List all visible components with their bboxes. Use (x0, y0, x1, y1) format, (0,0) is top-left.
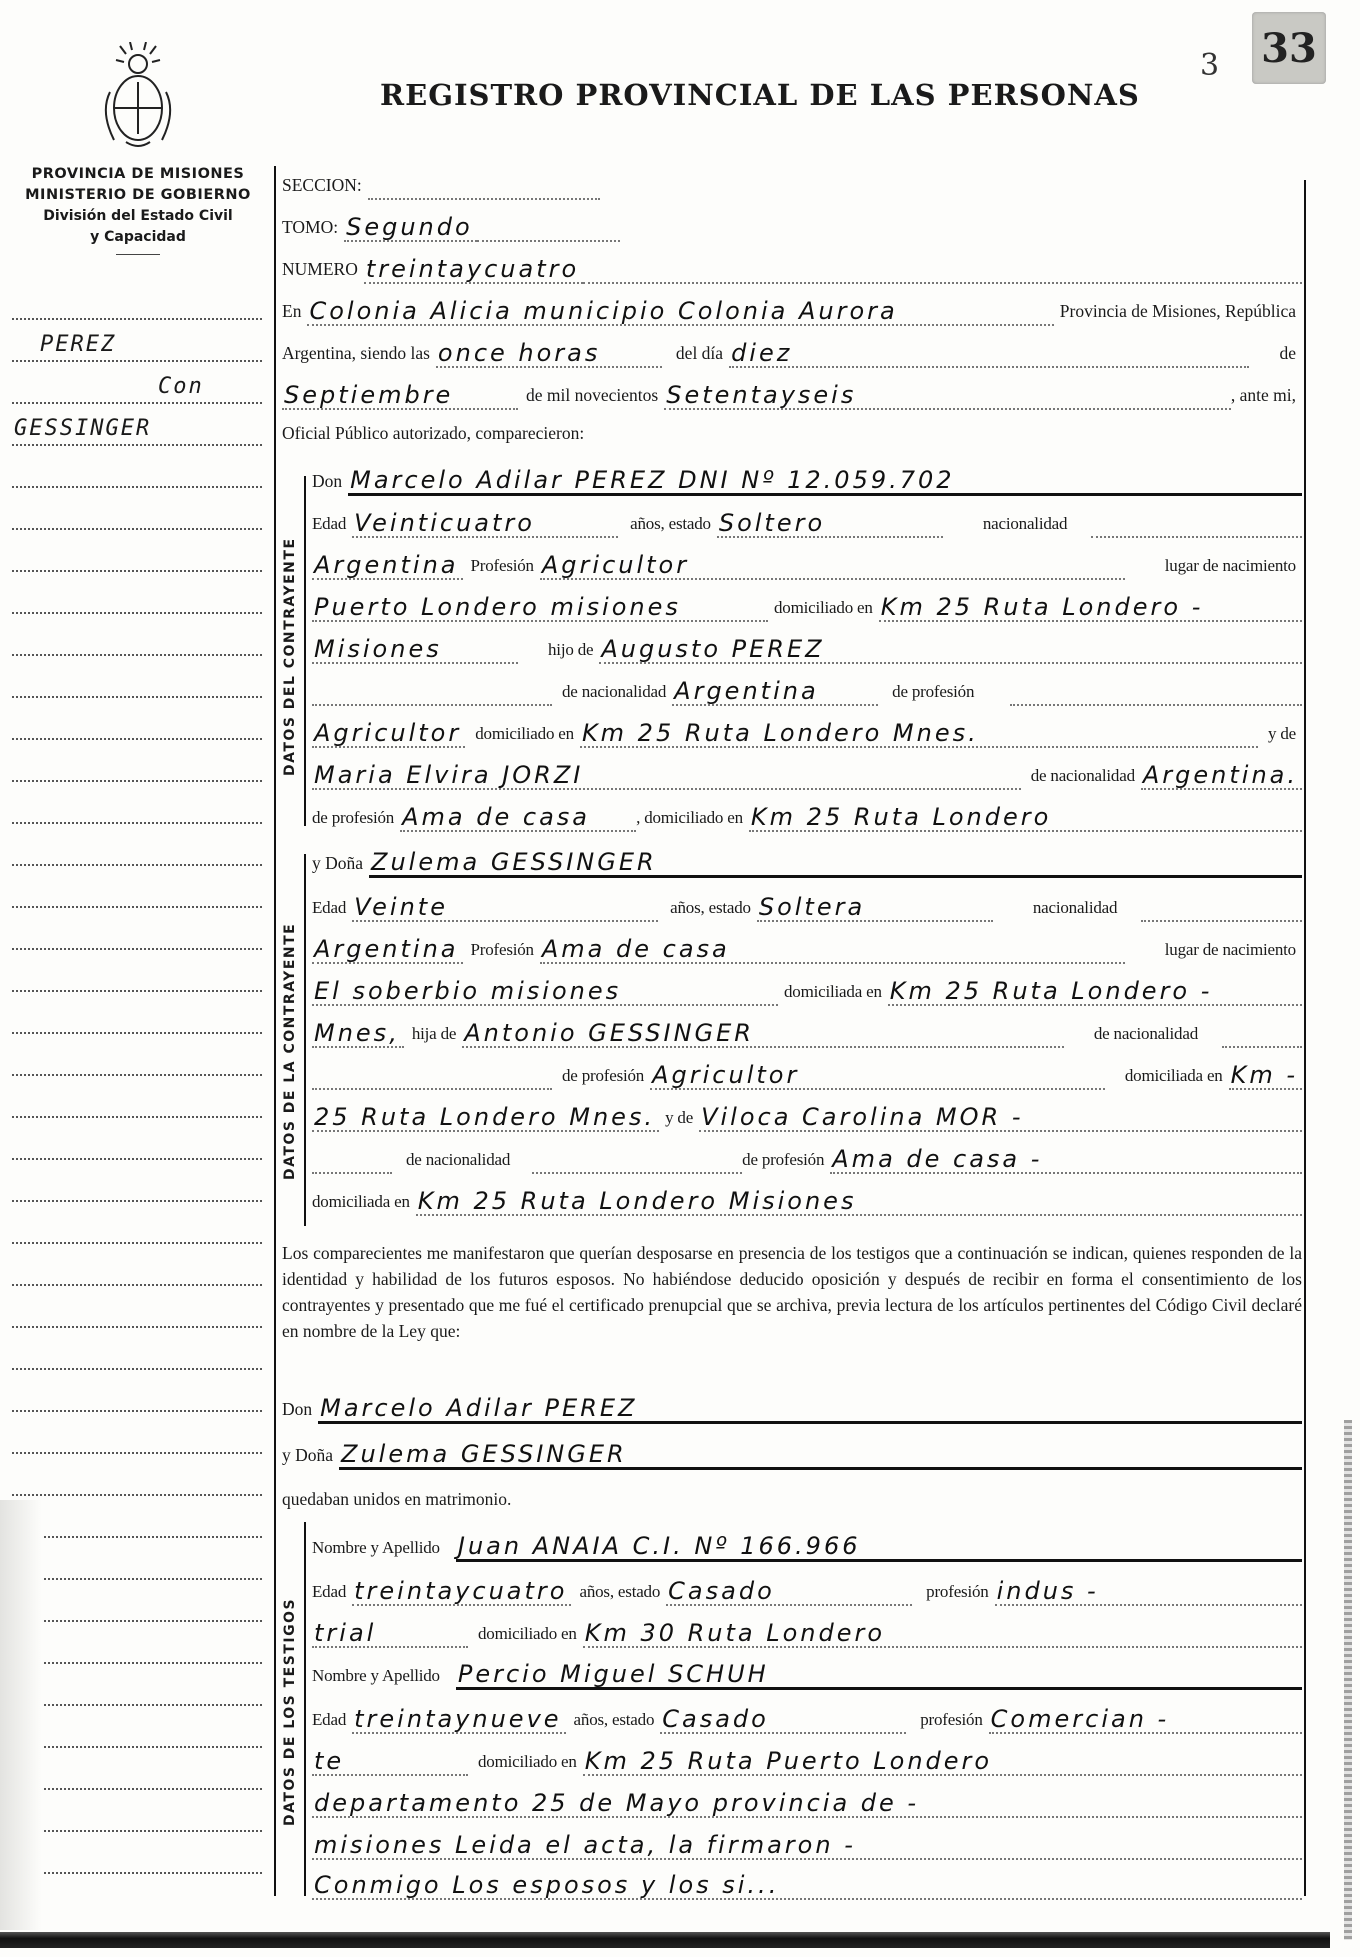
profesion-label: Profesión (463, 940, 540, 964)
testigo-1-profesion-field[interactable]: indus - (995, 1578, 1302, 1606)
notes-line-1[interactable]: departamento 25 de Mayo provincia de - (312, 1790, 1302, 1818)
margin-line (12, 1872, 262, 1874)
seccion-row: SECCION: (282, 166, 600, 200)
dotted-fill (312, 1172, 392, 1174)
margin-line (12, 864, 262, 866)
margin-line (12, 990, 262, 992)
y-de-label: y de (1258, 724, 1302, 748)
testigo-2-domicilio-row: te domiciliado en Km 25 Ruta Puerto Lond… (312, 1742, 1302, 1776)
margin-line (12, 948, 262, 950)
contrayenta-nombre-field[interactable]: Zulema GESSINGER (369, 849, 1302, 878)
dotted-fill (1091, 536, 1302, 538)
de-nacionalidad-label: de nacionalidad (552, 682, 672, 706)
don-label: Don (282, 1399, 318, 1424)
dotted-fill (1010, 704, 1302, 706)
margin-line (12, 1200, 262, 1202)
hijo-de-label: hijo de (518, 640, 599, 664)
margin-line (12, 906, 262, 908)
numero-field[interactable]: treintaycuatro (364, 256, 583, 284)
notes-row-1: departamento 25 de Mayo provincia de - (312, 1784, 1302, 1818)
closing-row: quedaban unidos en matrimonio. (282, 1480, 1302, 1514)
contrayente-madre-field[interactable]: Maria Elvira JORZI (312, 762, 1021, 790)
contrayente-edad-row: Edad Veinticuatro años, estado Soltero n… (312, 504, 1302, 538)
contrayenta-edad-field[interactable]: Veinte (352, 894, 658, 922)
contrayente-domicilio-field[interactable]: Km 25 Ruta Londero - (879, 594, 1302, 622)
testigo-2-nombre-row: Nombre y Apellido Percio Miguel SCHUH (312, 1656, 1302, 1690)
testigo-1-edad-field[interactable]: treintaycuatro (352, 1578, 571, 1606)
contrayente-madre-profesion-field[interactable]: Ama de casa (400, 804, 636, 832)
y-de-label: y de (659, 1108, 699, 1132)
margin-line (12, 1242, 262, 1244)
esposa-row: y Doña Zulema GESSINGER (282, 1436, 1302, 1470)
testigos-bracket (304, 1522, 306, 1896)
contrayenta-madre-profesion-field[interactable]: Ama de casa - (830, 1146, 1302, 1174)
contrayente-padre-nac-row: de nacionalidad Argentina de profesión (312, 672, 1302, 706)
profesion-label: profesión (906, 1710, 988, 1734)
contrayenta-madre-field[interactable]: Viloca Carolina MOR - (699, 1104, 1302, 1132)
de-profesion-label: de profesión (552, 1066, 650, 1090)
margin-line (12, 570, 262, 572)
margin-line (12, 1326, 262, 1328)
contrayente-bracket (304, 476, 306, 826)
testigo-1-edad-row: Edad treintaycuatro años, estado Casado … (312, 1572, 1302, 1606)
domiciliada-label: domiciliada en (1105, 1066, 1229, 1090)
profesion-label: profesión (912, 1582, 994, 1606)
declaration-text: Los comparecientes me manifestaron que q… (282, 1240, 1302, 1344)
contrayente-madre-domicilio-field[interactable]: Km 25 Ruta Londero (749, 804, 1302, 832)
issuer-division-cont: y Capacidad (14, 227, 262, 248)
tomo-row: TOMO: Segundo (282, 208, 620, 242)
domiciliado-label: , domiciliado en (636, 808, 749, 832)
testigo-2-profesion-field[interactable]: Comercian - (989, 1706, 1302, 1734)
contrayenta-padre-domicilio-cont-field[interactable]: 25 Ruta Londero Mnes. (312, 1104, 659, 1132)
margin-line (12, 486, 262, 488)
contrayenta-nombre-row: y Doña Zulema GESSINGER (312, 844, 1302, 878)
contrayente-nacimiento-row: Puerto Londero misiones domiciliado en K… (312, 588, 1302, 622)
margin-line (12, 1158, 262, 1160)
esposa-field[interactable]: Zulema GESSINGER (339, 1441, 1302, 1470)
contrayente-edad-field[interactable]: Veinticuatro (352, 510, 618, 538)
contrayenta-madre-prof-row: de nacionalidad de profesión Ama de casa… (312, 1140, 1302, 1174)
numero-label: NUMERO (282, 259, 364, 284)
contrayente-profesion-row: Argentina Profesión Agricultor lugar de … (312, 546, 1302, 580)
edad-label: Edad (312, 1582, 352, 1606)
testigo-1-profesion-cont-field[interactable]: trial (312, 1620, 468, 1648)
testigo-2-profesion-cont-field[interactable]: te (312, 1748, 468, 1776)
de-nacionalidad-label: de nacionalidad (392, 1150, 516, 1174)
margin-line (12, 654, 262, 656)
oficial-text: Oficial Público autorizado, compareciero… (282, 423, 590, 448)
frame-left-line (274, 166, 276, 1896)
contrayenta-profesion-row: Argentina Profesión Ama de casa lugar de… (312, 930, 1302, 964)
contrayente-domicilio-cont-field[interactable]: Misiones (312, 636, 518, 664)
margin-line (12, 1704, 262, 1706)
margin-line (12, 1410, 262, 1412)
profesion-label: Profesión (463, 556, 540, 580)
margin-line (12, 780, 262, 782)
domiciliada-label: domiciliada en (312, 1192, 416, 1216)
contrayenta-profesion-field[interactable]: Ama de casa (540, 936, 1125, 964)
testigo-2-domicilio-field[interactable]: Km 25 Ruta Puerto Londero (583, 1748, 1302, 1776)
margin-line (12, 1494, 262, 1496)
dotted-fill (1141, 920, 1302, 922)
estado-label: años, estado (618, 514, 717, 538)
anio-field[interactable]: Setentayseis (664, 382, 1231, 410)
dotted-fill (312, 704, 552, 706)
margin-line (12, 1032, 262, 1034)
numero-row: NUMERO treintaycuatro (282, 250, 1302, 284)
contrayente-madre-row: Maria Elvira JORZI de nacionalidad Argen… (312, 756, 1302, 790)
contrayente-nacionalidad-field[interactable]: Argentina (312, 552, 463, 580)
margin-surname-1: PEREZ (40, 332, 116, 357)
estado-label: años, estado (566, 1710, 661, 1734)
domiciliado-label: domiciliado en (465, 724, 580, 748)
domiciliado-label: domiciliado en (768, 598, 879, 622)
de-nacionalidad-label: de nacionalidad (1064, 1024, 1204, 1048)
tomo-field[interactable]: Segundo (344, 214, 477, 242)
contrayenta-domicilio-cont-field[interactable]: Mnes, (312, 1020, 404, 1048)
contrayenta-madre-dom-row: domiciliada en Km 25 Ruta Londero Mision… (312, 1182, 1302, 1216)
contrayenta-madre-domicilio-field[interactable]: Km 25 Ruta Londero Misiones (416, 1188, 1302, 1216)
contrayenta-nacimiento-row: El soberbio misiones domiciliada en Km 2… (312, 972, 1302, 1006)
argentine-coat-of-arms-icon (96, 42, 180, 154)
dia-field[interactable]: diez (729, 340, 1249, 368)
testigo-2-estado-field[interactable]: Casado (660, 1706, 906, 1734)
edad-label: Edad (312, 898, 352, 922)
hora-row: Argentina, siendo las once horas del día… (282, 334, 1302, 368)
contrayenta-padre-nacionalidad-field[interactable] (1222, 1046, 1302, 1048)
provincia-text: Provincia de Misiones, República (1054, 301, 1302, 326)
margin-line (12, 822, 262, 824)
en-label: En (282, 301, 307, 326)
lugar-nacimiento-label: lugar de nacimiento (1125, 556, 1302, 580)
scan-shadow (0, 1500, 42, 1930)
testigo-1-nombre-row: Nombre y Apellido Juan ANAIA C.I. Nº 166… (312, 1528, 1302, 1562)
esposo-field[interactable]: Marcelo Adilar PEREZ (318, 1395, 1302, 1424)
contrayente-padre-row: Misiones hijo de Augusto PEREZ (312, 630, 1302, 664)
esposo-row: Don Marcelo Adilar PEREZ (282, 1390, 1302, 1424)
domiciliado-label: domiciliado en (468, 1624, 583, 1648)
de-nacionalidad-label: de nacionalidad (1021, 766, 1141, 790)
testigo-1-estado-field[interactable]: Casado (666, 1578, 912, 1606)
issuer-block: PROVINCIA DE MISIONES MINISTERIO DE GOBI… (14, 164, 262, 255)
testigo-2-edad-field[interactable]: treintaynueve (352, 1706, 565, 1734)
contrayenta-madre-row: 25 Ruta Londero Mnes. y de Viloca Caroli… (312, 1098, 1302, 1132)
dona-label: y Doña (282, 1445, 339, 1470)
dona-label: y Doña (312, 853, 369, 878)
margin-line (12, 1788, 262, 1790)
testigo-1-domicilio-row: trial domiciliado en Km 30 Ruta Londero (312, 1614, 1302, 1648)
contrayente-profesion-field[interactable]: Agricultor (540, 552, 1125, 580)
contrayente-estado-field[interactable]: Soltero (717, 510, 943, 538)
contrayenta-lugar-nacimiento-field[interactable]: El soberbio misiones (312, 978, 778, 1006)
contrayente-madre-nacionalidad-field[interactable]: Argentina. (1141, 762, 1302, 790)
contrayente-padre-nacionalidad-field[interactable]: Argentina (672, 678, 878, 706)
testigo-1-domicilio-field[interactable]: Km 30 Ruta Londero (583, 1620, 1302, 1648)
contrayenta-padre-domicilio-field[interactable]: Km - (1229, 1062, 1302, 1090)
contrayenta-padre-prof-row: de profesión Agricultor domiciliada en K… (312, 1056, 1302, 1090)
issuer-ministry: MINISTERIO DE GOBIERNO (14, 185, 262, 206)
margin-line (12, 1578, 262, 1580)
contrayente-padre-field[interactable]: Augusto PEREZ (599, 636, 1302, 664)
margin-line (12, 444, 262, 446)
margin-line (12, 1452, 262, 1454)
anio-label: de mil novecientos (518, 385, 664, 410)
seccion-label: SECCION: (282, 175, 368, 200)
contrayente-lugar-nacimiento-field[interactable]: Puerto Londero misiones (312, 594, 768, 622)
page-number-stamp: 33 (1252, 12, 1326, 84)
tomo-label: TOMO: (282, 217, 344, 242)
page-bottom-edge (0, 1932, 1330, 1948)
fecha-row: Septiembre de mil novecientos Setentayse… (282, 376, 1302, 410)
contrayenta-madre-nacionalidad-field[interactable] (532, 1172, 742, 1174)
nombre-apellido-label: Nombre y Apellido (312, 1538, 446, 1562)
contrayenta-padre-row: Mnes, hija de Antonio GESSINGER de nacio… (312, 1014, 1302, 1048)
de-profesion-label: de profesión (742, 1150, 830, 1174)
nombre-apellido-label: Nombre y Apellido (312, 1666, 446, 1690)
edad-label: Edad (312, 514, 352, 538)
testigo-2-edad-row: Edad treintaynueve años, estado Casado p… (312, 1700, 1302, 1734)
nacionalidad-label: nacionalidad (943, 514, 1073, 538)
margin-line (12, 1284, 262, 1286)
margin-line (12, 528, 262, 530)
contrayente-nombre-row: Don Marcelo Adilar PEREZ DNI Nº 12.059.7… (312, 462, 1302, 496)
estado-label: años, estado (571, 1582, 666, 1606)
section-label-testigos: DATOS DE LOS TESTIGOS (282, 1598, 298, 1826)
margin-line (12, 696, 262, 698)
testigo-1-nombre-field[interactable]: Juan ANAIA C.I. Nº 166.966 (456, 1533, 1302, 1562)
contrayente-madre-prof-row: de profesión Ama de casa , domiciliado e… (312, 798, 1302, 832)
contrayente-padre-profesion-field[interactable]: Agricultor (312, 720, 465, 748)
lugar-nacimiento-label: lugar de nacimiento (1125, 940, 1302, 964)
argentina-text: Argentina, siendo las (282, 343, 436, 368)
contrayenta-padre-profesion-field[interactable]: Agricultor (650, 1062, 1105, 1090)
notes-line-3[interactable]: Conmigo Los esposos y los si... (312, 1872, 1302, 1900)
margin-conjunction: Con (158, 374, 204, 399)
domiciliado-label: domiciliado en (468, 1752, 583, 1776)
frame-right-line (1304, 180, 1306, 1896)
margin-line (12, 1830, 262, 1832)
margin-line (12, 1116, 262, 1118)
margin-line (12, 1746, 262, 1748)
dotted-fill (312, 1088, 552, 1090)
section-label-contrayente: DATOS DEL CONTRAYENTE (282, 537, 298, 776)
contrayente-padre-domicilio-field[interactable]: Km 25 Ruta Londero Mnes. (580, 720, 1258, 748)
edad-label: Edad (312, 1710, 352, 1734)
nacionalidad-label: nacionalidad (993, 898, 1123, 922)
issuer-province: PROVINCIA DE MISIONES (14, 164, 262, 185)
closing-text: quedaban unidos en matrimonio. (282, 1489, 517, 1514)
margin-line (12, 318, 262, 320)
lugar-field[interactable]: Colonia Alicia municipio Colonia Aurora (307, 298, 1053, 326)
hija-de-label: hija de (404, 1024, 462, 1048)
ante-mi-text: , ante mi, (1231, 385, 1302, 410)
margin-line (12, 738, 262, 740)
oficial-row: Oficial Público autorizado, compareciero… (282, 414, 1302, 448)
margin-line (12, 1074, 262, 1076)
contrayenta-nacionalidad-field[interactable]: Argentina (312, 936, 463, 964)
de-profesion-label: de profesión (312, 808, 400, 832)
contrayenta-padre-field[interactable]: Antonio GESSINGER (462, 1020, 1064, 1048)
de-profesion-label: de profesión (878, 682, 980, 706)
testigo-2-nombre-field[interactable]: Percio Miguel SCHUH (456, 1661, 1302, 1690)
margin-line (12, 1620, 262, 1622)
contrayenta-domicilio-field[interactable]: Km 25 Ruta Londero - (888, 978, 1302, 1006)
margin-line (12, 1368, 262, 1370)
don-label: Don (312, 471, 348, 496)
dotted-fill (583, 282, 1302, 284)
document-title: REGISTRO PROVINCIAL DE LAS PERSONAS (380, 78, 1140, 112)
contrayenta-bracket (304, 854, 306, 1226)
estado-label: años, estado (658, 898, 757, 922)
hora-field[interactable]: once horas (436, 340, 662, 368)
contrayente-nombre-field[interactable]: Marcelo Adilar PEREZ DNI Nº 12.059.702 (348, 467, 1302, 496)
lugar-row: En Colonia Alicia municipio Colonia Auro… (282, 292, 1302, 326)
page-number-small: 3 (1200, 48, 1219, 83)
contrayente-padre-prof-row: Agricultor domiciliado en Km 25 Ruta Lon… (312, 714, 1302, 748)
contrayenta-estado-field[interactable]: Soltera (757, 894, 993, 922)
margin-line (12, 360, 262, 362)
dotted-fill (477, 240, 620, 242)
issuer-division: División del Estado Civil (14, 206, 262, 227)
margin-line (12, 402, 262, 404)
mes-field[interactable]: Septiembre (282, 382, 518, 410)
binding-edge (1344, 1420, 1352, 1940)
contrayenta-edad-row: Edad Veinte años, estado Soltera naciona… (312, 888, 1302, 922)
margin-line (12, 612, 262, 614)
domiciliada-label: domiciliada en (778, 982, 888, 1006)
margin-line (12, 1536, 262, 1538)
issuer-divider (116, 254, 160, 255)
seccion-field[interactable] (368, 198, 600, 200)
section-label-contrayenta: DATOS DE LA CONTRAYENTE (282, 923, 298, 1180)
margin-line (12, 1662, 262, 1664)
margin-surname-2: GESSINGER (14, 416, 151, 441)
notes-line-2[interactable]: misiones Leida el acta, la firmaron - (312, 1832, 1302, 1860)
del-dia-label: del día (662, 343, 729, 368)
de-label: de (1249, 343, 1302, 368)
notes-row-2: misiones Leida el acta, la firmaron - (312, 1826, 1302, 1860)
notes-row-3: Conmigo Los esposos y los si... (312, 1866, 1302, 1900)
